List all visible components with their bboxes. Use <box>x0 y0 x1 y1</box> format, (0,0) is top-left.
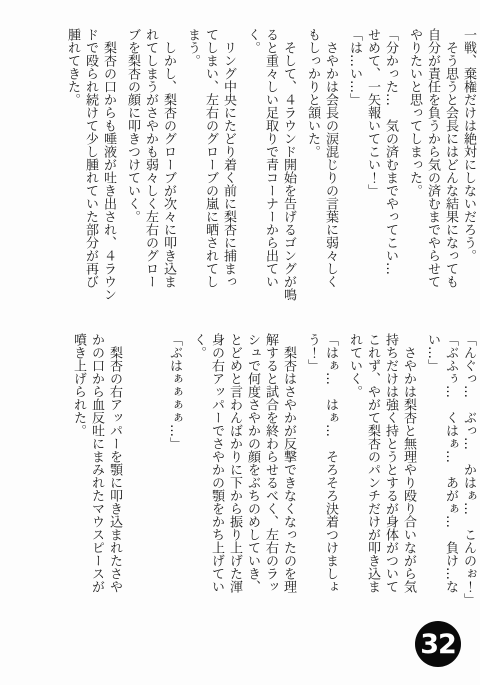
text-line: 身の右アッパーでさやかの顎をかち上げてい <box>207 333 225 611</box>
text-line: 「ぶはぁぁぁぁ…」 <box>165 333 183 611</box>
text-band-top: 一戦、棄権だけは絶対にしないだろう。 そう思うと会長にはどんな結果になっても 自… <box>47 28 477 306</box>
text-line: まう。 <box>183 28 201 306</box>
text-line: い…」 <box>423 333 441 611</box>
text-line: シュで何度さやかの顔をぶちのめしていき、 <box>243 333 261 611</box>
text-line: 梨杏の口からも唾液が吐き出され、４ラウン <box>99 28 117 306</box>
text-line: ると重々しい足取りで青コーナーから出てい <box>261 28 279 306</box>
text-line: 「分かった… 気の済むまでやってこい… <box>381 28 399 306</box>
text-line: く。 <box>189 333 207 611</box>
text-line: ドで殴られ続けて少し腫れていた部分が再び <box>81 28 99 306</box>
text-line: リング中央にたどり着く前に梨杏に捕まっ <box>219 28 237 306</box>
page-number-badge: 32 <box>415 621 461 667</box>
text-line: 自分が責任を負うから気の済むまでやらせて <box>423 28 441 306</box>
text-line: さやかは梨杏と無理やり殴り合いながら気 <box>399 333 417 611</box>
text-line: てしまい、左右のグローブの嵐に晒されてし <box>201 28 219 306</box>
text-line: く。 <box>243 28 261 306</box>
text-line: 噴き上げられた。 <box>69 333 87 611</box>
text-line: 腫れてきた。 <box>63 28 81 306</box>
text-line: そして、４ラウンド開始を告げるゴングが鳴 <box>279 28 297 306</box>
text-line: れていく。 <box>345 333 363 611</box>
text-line: もしっかりと頷いた。 <box>303 28 321 306</box>
text-line: ブを梨杏の顔に叩きつけていく。 <box>123 28 141 306</box>
text-line: これず、やがて梨杏のパンチだけが叩き込ま <box>363 333 381 611</box>
text-line: さやかは会長の涙混じりの言葉に弱々しく <box>321 28 339 306</box>
text-line: しかし、梨杏のグローブが次々に叩き込ま <box>159 28 177 306</box>
text-line: 「はぁ… はぁ… そろそろ決着つけましょ <box>321 333 339 611</box>
text-line: う！」 <box>303 333 321 611</box>
novel-page: 一戦、棄権だけは絶対にしないだろう。 そう思うと会長にはどんな結果になっても 自… <box>0 0 480 685</box>
text-line: やりたいと思ってしまった。 <box>405 28 423 306</box>
text-line: れてしまうがさやかも弱々しく左右のグロー <box>141 28 159 306</box>
text-line: 梨杏の右アッパーを顎に叩き込まれたさや <box>105 333 123 611</box>
text-line: かの口から血反吐にまみれたマウスピースが <box>87 333 105 611</box>
text-line: 持ちだけは強く持とうとするが身体がついて <box>381 333 399 611</box>
text-line: 解すると試合を終わらせるべく、左右のラッ <box>261 333 279 611</box>
text-line: せめて、一矢報いてこい！」 <box>363 28 381 306</box>
text-line: そう思うと会長にはどんな結果になっても <box>441 28 459 306</box>
text-line: とどめと言わんばかりに下から振り上げた渾 <box>225 333 243 611</box>
text-line: 梨杏はさやかが反撃できなくなったのを理 <box>279 333 297 611</box>
page-number: 32 <box>420 629 456 660</box>
text-line: 「んぐっ… ぶっ… かはぁ… こんのぉ！」 <box>459 333 477 611</box>
text-band-bottom: 「んぐっ… ぶっ… かはぁ… こんのぉ！」 「ぶふぅ… くはぁ… あがぁ… 負け… <box>47 333 477 611</box>
text-line: 「ぶふぅ… くはぁ… あがぁ… 負け…な <box>441 333 459 611</box>
text-line: 「は…い…」 <box>345 28 363 306</box>
text-line: 一戦、棄権だけは絶対にしないだろう。 <box>459 28 477 306</box>
